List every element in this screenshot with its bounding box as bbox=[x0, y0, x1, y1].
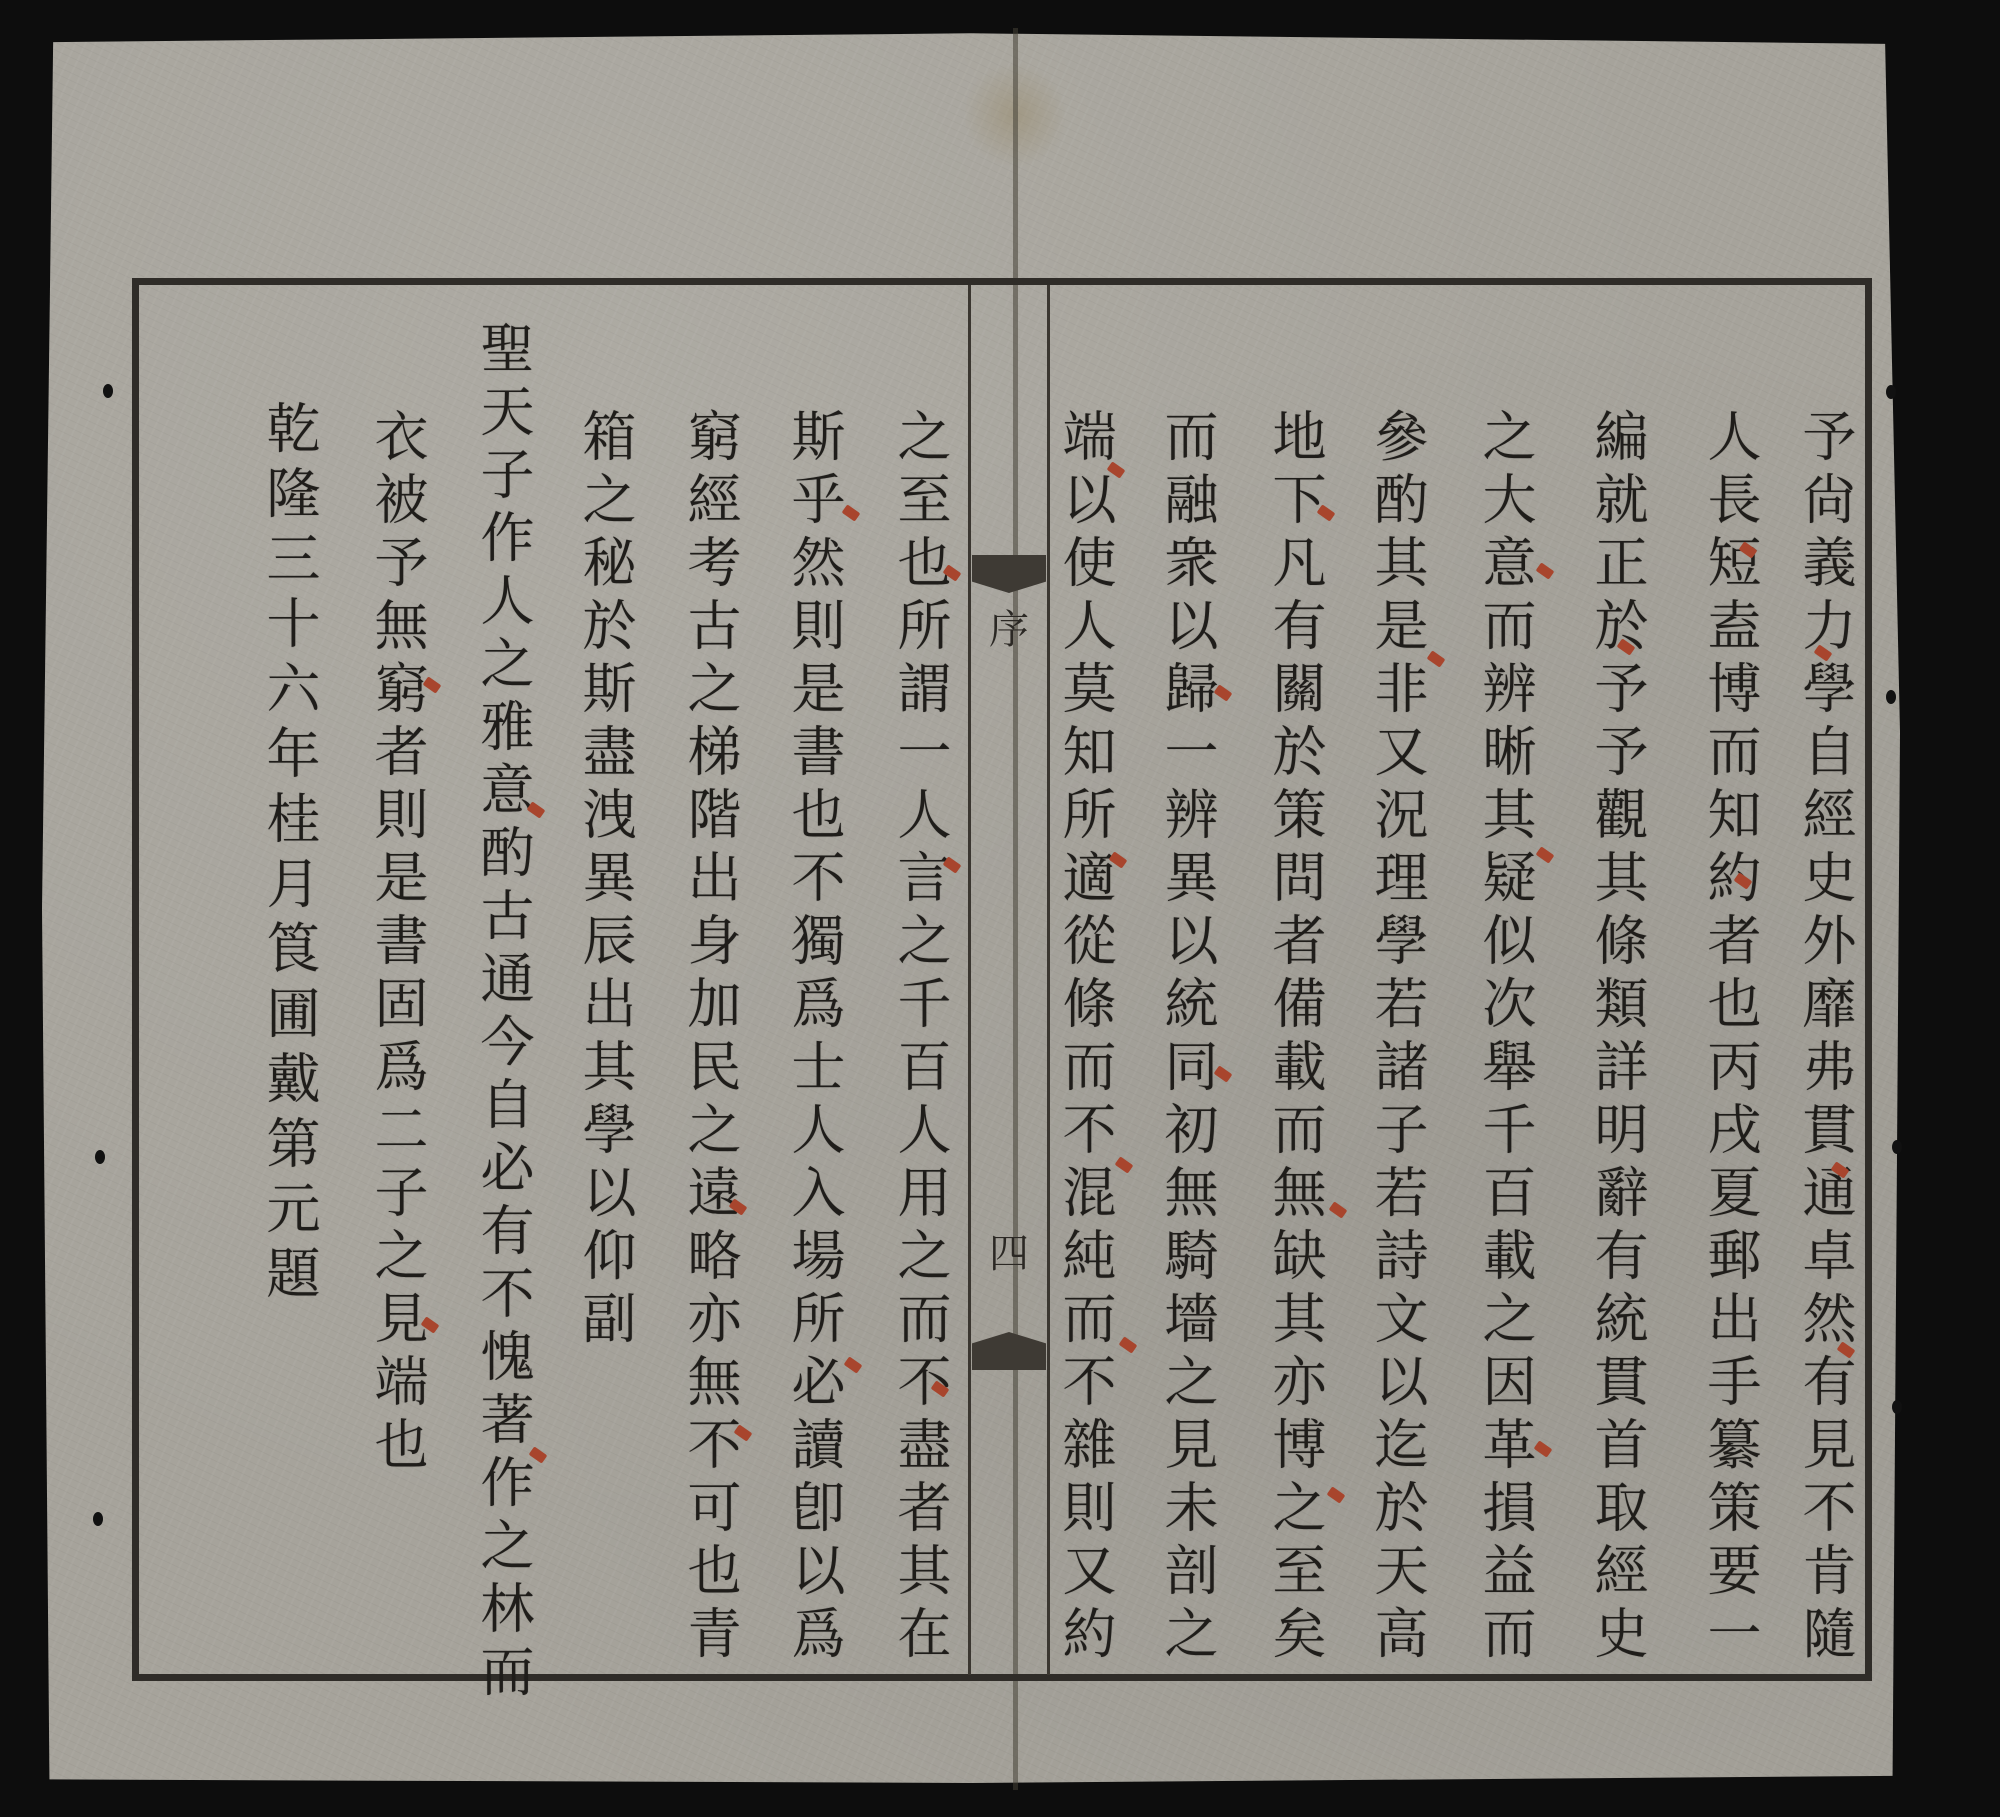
text-column: 地下凡有關於策問者備載而無缺其亦博之至矣 bbox=[1268, 408, 1322, 1668]
text-column: 而融衆以歸一辨異以統同初無騎墻之見未剖之 bbox=[1160, 408, 1214, 1668]
text-column: 衣被予無窮者則是書固爲二子之見端也 bbox=[370, 408, 424, 1479]
center-block-banxin bbox=[968, 285, 1050, 1675]
text-column: 之至也所謂一人言之千百人用之而不盡者其在 bbox=[893, 408, 947, 1668]
section-label: 序 bbox=[972, 598, 1046, 655]
binding-hole bbox=[1886, 690, 1896, 704]
text-column: 之大意而辨晰其疑似次舉千百載之因革損益而 bbox=[1478, 408, 1532, 1668]
binding-hole bbox=[1892, 1400, 1902, 1414]
binding-hole bbox=[1886, 385, 1896, 399]
binding-hole bbox=[103, 384, 113, 398]
text-column: 斯乎然則是書也不獨爲士人入場所必讀卽以爲 bbox=[787, 408, 841, 1668]
text-column-elevated: 聖天子作人之雅意酌古通今自必有不愧著作之林而 bbox=[476, 320, 530, 1706]
binding-hole bbox=[93, 1512, 103, 1526]
text-column: 窮經考古之梯階出身加民之遠略亦無不可也青 bbox=[683, 408, 737, 1668]
text-column: 端以使人莫知所適從條而不混純而不雜則又約 bbox=[1058, 408, 1112, 1668]
text-column: 予尙義力學自經史外靡弗貫通卓然有見不肯隨 bbox=[1798, 408, 1852, 1668]
binding-hole bbox=[95, 1150, 105, 1164]
binding-hole bbox=[1892, 1140, 1902, 1154]
text-column: 編就正於予予觀其條類詳明辭有統貫首取經史 bbox=[1590, 408, 1644, 1668]
text-column: 人長短盍博而知約者也丙戌夏郵出手纂策要一 bbox=[1703, 408, 1757, 1668]
text-column: 參酌其是非又況理學若諸子若詩文以迄於天高 bbox=[1370, 408, 1424, 1668]
signature-colophon: 乾隆三十六年桂月筤圃戴第元題 bbox=[262, 400, 316, 1310]
text-column: 箱之秘於斯盡洩異辰出其學以仰副 bbox=[578, 408, 632, 1353]
page-number: 四 bbox=[972, 1222, 1046, 1279]
